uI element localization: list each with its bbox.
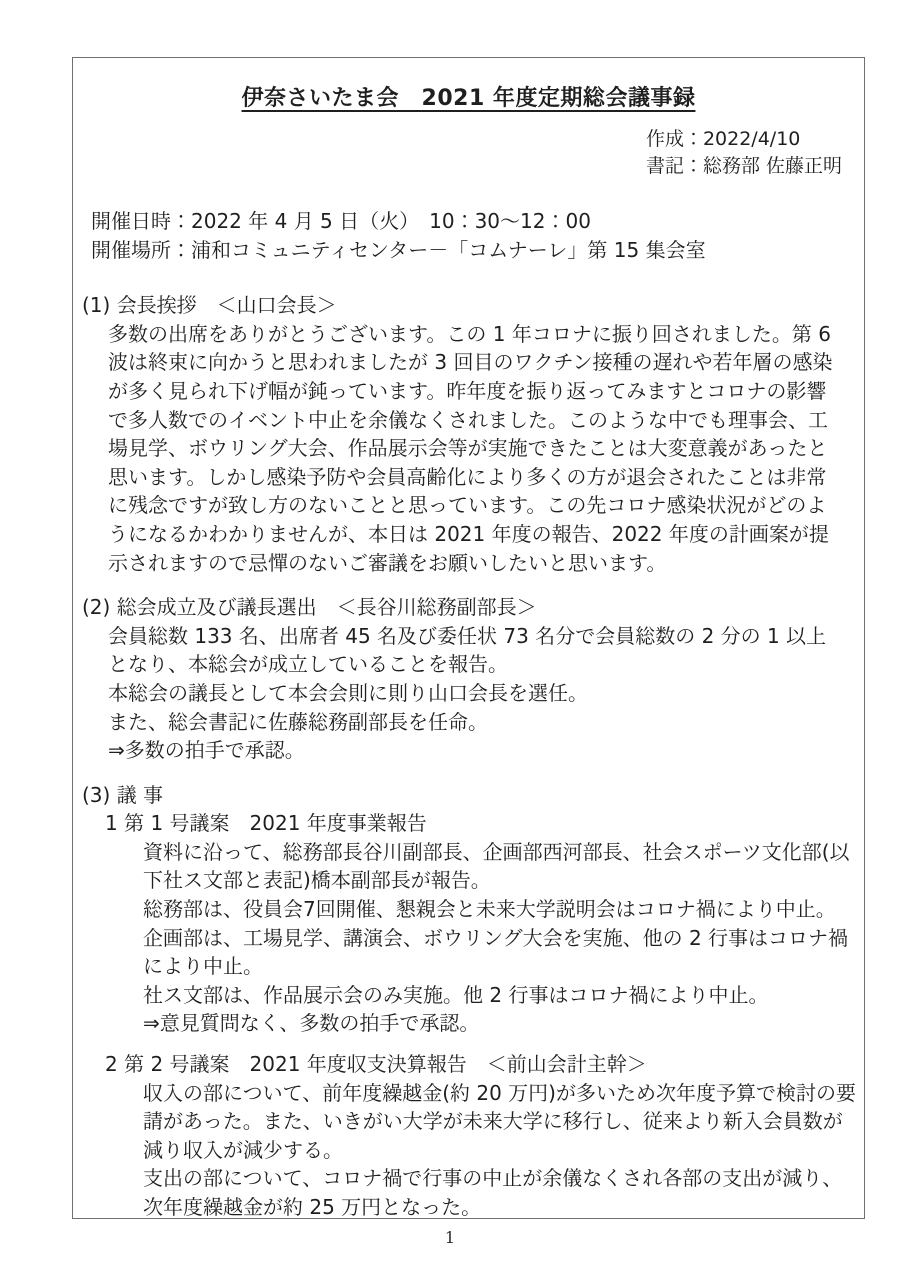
text-line: 下社ス文部と表記)橋本副部長が報告。 [143,866,864,895]
text-line: 次年度繰越金が約 25 万円となった。 [143,1193,864,1219]
document-border: 伊奈さいたま会 2021 年度定期総会議事録 作成：2022/4/10 書記：総… [72,57,865,1219]
text-line: 支出の部について、コロナ禍で行事の中止が余儀なくされ各部の支出が減り、 [143,1164,864,1193]
text-line: ⇒意見質問なく、多数の拍手で承認。 [143,1009,864,1038]
section: (2) 総会成立及び議長選出 ＜長谷川総務副部長＞会員総数 133 名、出席者 … [73,593,864,765]
text-line: 場見学、ボウリング大会、作品展示会等が実施できたことは大変意義があったと [108,434,864,463]
section-heading: (1) 会長挨拶 ＜山口会長＞ [82,291,864,320]
section-heading: (3) 議 事 [82,781,864,810]
text-line: 減り収入が減少する。 [143,1136,864,1165]
section: (1) 会長挨拶 ＜山口会長＞多数の出席をありがとうございます。この 1 年コロ… [73,291,864,577]
meta-block: 作成：2022/4/10 書記：総務部 佐藤正明 [646,126,842,180]
created-line: 作成：2022/4/10 [646,126,842,153]
agenda-item: 1 第 1 号議案 2021 年度事業報告資料に沿って、総務部長谷川副部長、企画… [73,809,864,1038]
agenda-item-title: 2 第 2 号議案 2021 年度収支決算報告 ＜前山会計主幹＞ [105,1050,864,1079]
sections-container: (1) 会長挨拶 ＜山口会長＞多数の出席をありがとうございます。この 1 年コロ… [73,291,864,1219]
section-heading: (2) 総会成立及び議長選出 ＜長谷川総務副部長＞ [82,593,864,622]
text-line: 示されますので忌憚のないご審議をお願いしたいと思います。 [108,549,864,578]
event-info: 開催日時：2022 年 4 月 5 日（火） 10：30～12：00 開催場所：… [91,207,864,264]
scribe-line: 書記：総務部 佐藤正明 [646,153,842,180]
text-line: により中止。 [143,952,864,981]
section: (3) 議 事1 第 1 号議案 2021 年度事業報告資料に沿って、総務部長谷… [73,781,864,1219]
text-line: 社ス文部は、作品展示会のみ実施。他 2 行事はコロナ禍により中止。 [143,981,864,1010]
text-line: 会員総数 133 名、出席者 45 名及び委任状 73 名分で会員総数の 2 分… [108,622,864,651]
text-line: うになるかわかりませんが、本日は 2021 年度の報告、2022 年度の計画案が… [108,520,864,549]
agenda-item: 2 第 2 号議案 2021 年度収支決算報告 ＜前山会計主幹＞収入の部について… [73,1050,864,1219]
text-line: また、総会書記に佐藤総務副部長を任命。 [108,708,864,737]
text-line: 資料に沿って、総務部長谷川副部長、企画部西河部長、社会スポーツ文化部(以 [143,838,864,867]
text-line: に残念ですが致し方のないことと思っています。この先コロナ感染状況がどのよ [108,491,864,520]
text-line: 請があった。また、いきがい大学が未来大学に移行し、従来より新入会員数が [143,1107,864,1136]
text-line: 多数の出席をありがとうございます。この 1 年コロナに振り回されました。第 6 [108,320,864,349]
document-title: 伊奈さいたま会 2021 年度定期総会議事録 [73,84,864,114]
text-line: 本総会の議長として本会会則に則り山口会長を選任。 [108,679,864,708]
event-datetime: 開催日時：2022 年 4 月 5 日（火） 10：30～12：00 [91,207,864,236]
text-line: 波は終束に向かうと思われましたが 3 回目のワクチン接種の遅れや若年層の感染 [108,348,864,377]
text-line: が多く見られ下げ幅が鈍っています。昨年度を振り返ってみますとコロナの影響 [108,377,864,406]
text-line: 収入の部について、前年度繰越金(約 20 万円)が多いため次年度予算で検討の要 [143,1079,864,1108]
agenda-item-title: 1 第 1 号議案 2021 年度事業報告 [105,809,864,838]
text-line: 総務部は、役員会7回開催、懇親会と未来大学説明会はコロナ禍により中止。 [143,895,864,924]
text-line: で多人数でのイベント中止を余儀なくされました。このような中でも理事会、工 [108,406,864,435]
text-line: ⇒多数の拍手で承認。 [108,736,864,765]
text-line: 企画部は、工場見学、講演会、ボウリング大会を実施、他の 2 行事はコロナ禍 [143,924,864,953]
text-line: となり、本総会が成立していることを報告。 [108,650,864,679]
event-location: 開催場所：浦和コミュニティセンター－「コムナーレ」第 15 集会室 [91,236,864,265]
text-line: 思います。しかし感染予防や会員高齢化により多くの方が退会されたことは非常 [108,463,864,492]
page-number: 1 [0,1228,900,1247]
